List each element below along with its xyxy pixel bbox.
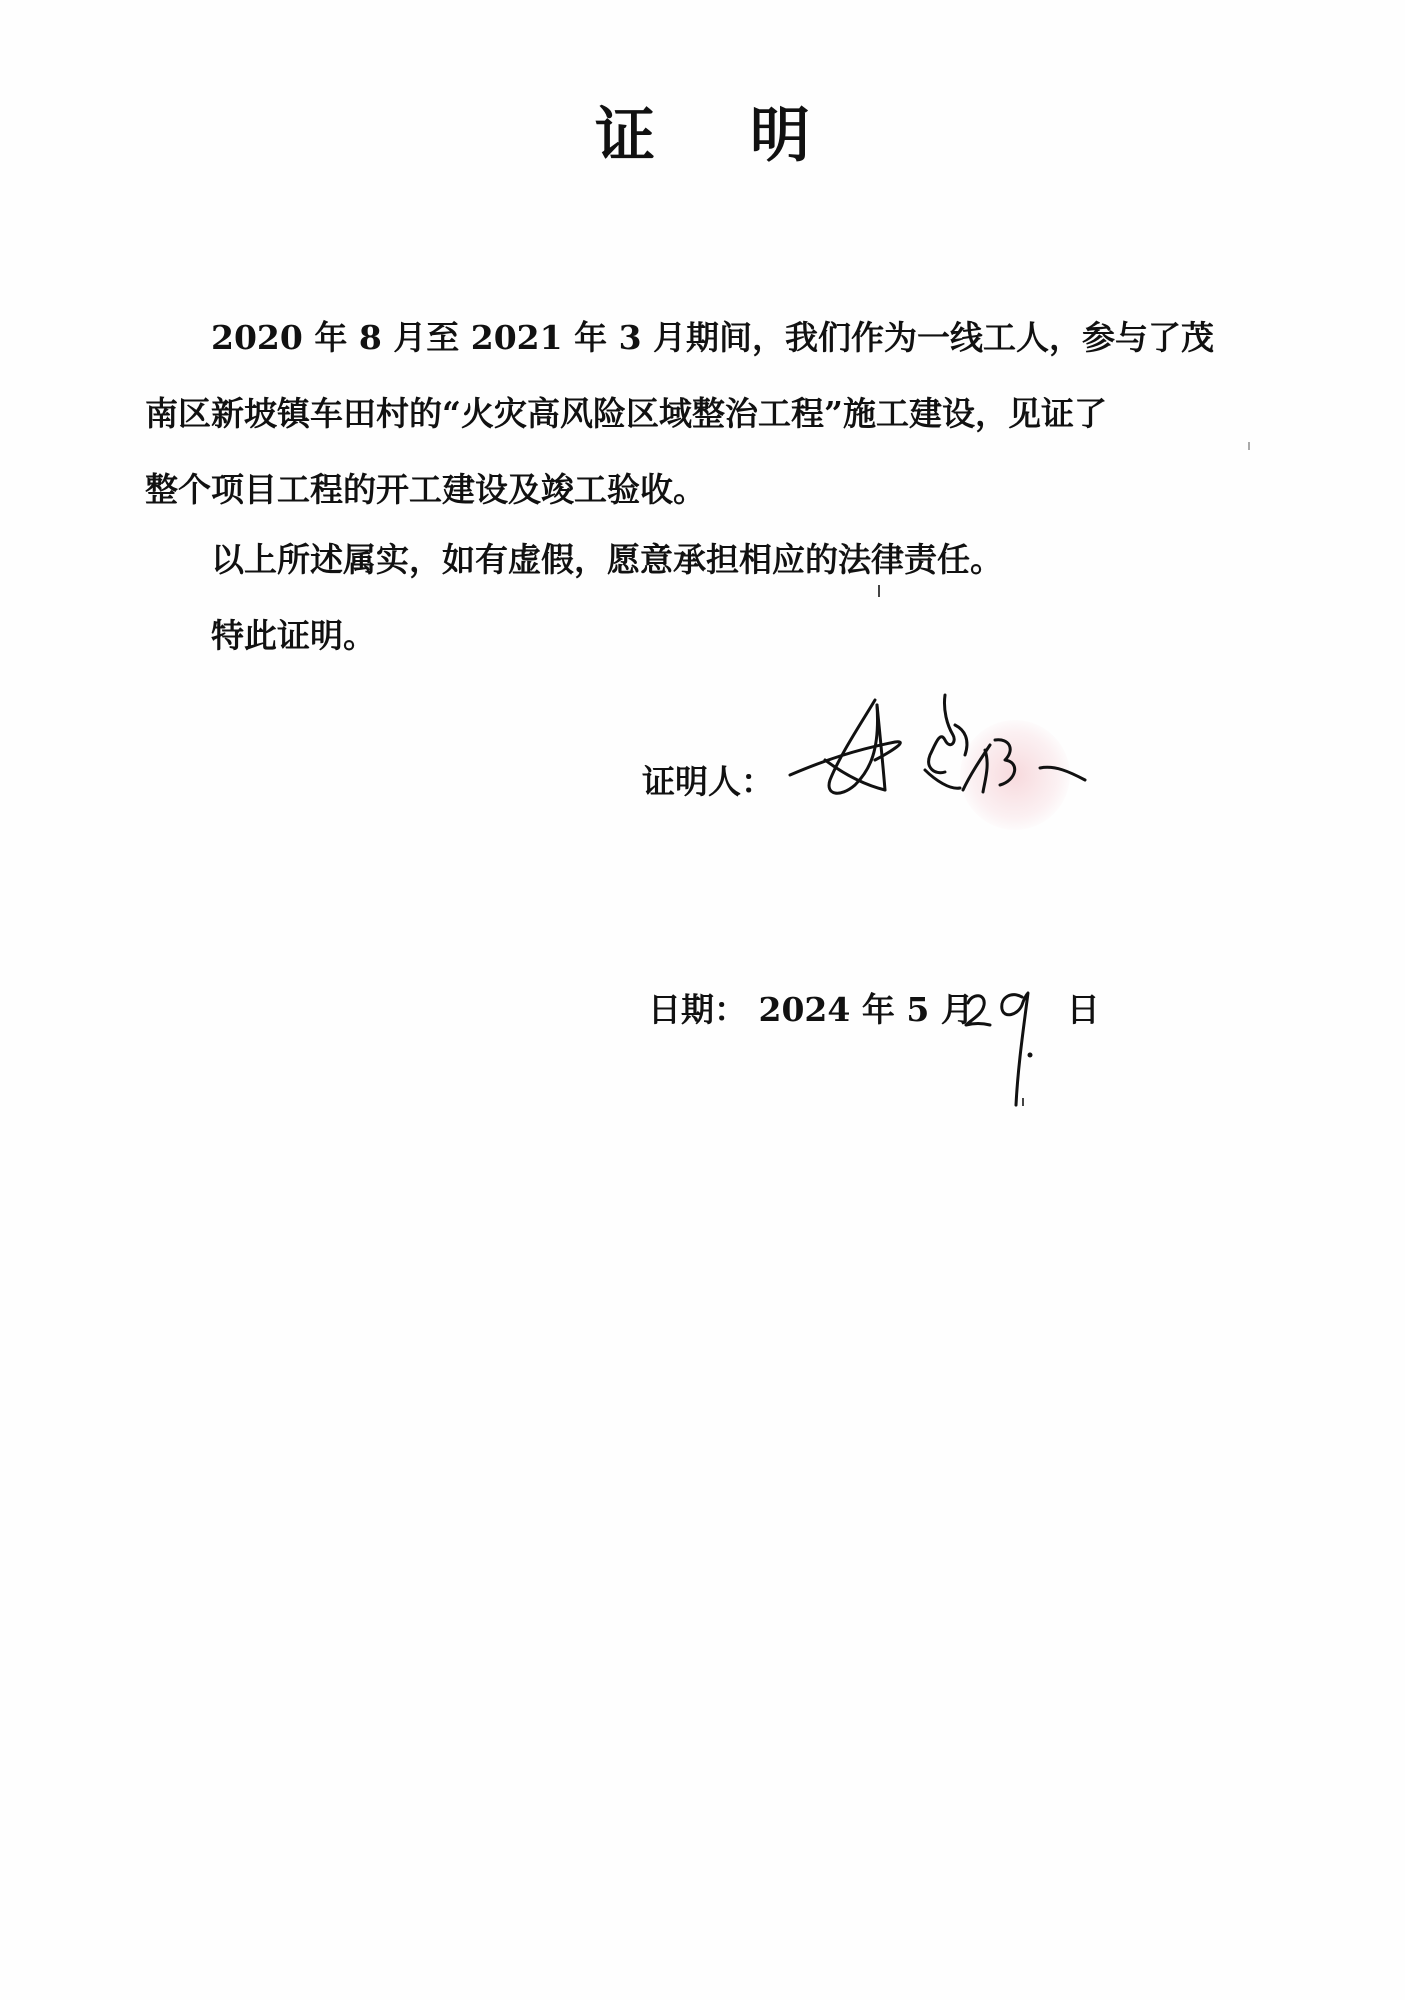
document-title: 证明 <box>0 88 1405 174</box>
paragraph-line: 2020 年 8 月至 2021 年 3 月期间，我们作为一线工人，参与了茂 <box>145 300 1305 376</box>
scan-artifact <box>1248 442 1250 450</box>
paragraph-line: 以上所述属实，如有虚假，愿意承担相应的法律责任。 <box>145 522 1305 598</box>
paragraph-line: 南区新坡镇车田村的“火灾高风险区域整治工程”施工建设，见证了 <box>145 376 1305 452</box>
handwritten-signature <box>785 680 1105 820</box>
scan-artifact <box>878 585 880 597</box>
handwritten-day <box>960 975 1060 1115</box>
document-page: 证明 2020 年 8 月至 2021 年 3 月期间，我们作为一线工人，参与了… <box>0 0 1405 2000</box>
title-char-1: 证 <box>595 88 655 174</box>
date-label: 日期： <box>648 990 747 1029</box>
paragraph-declaration: 以上所述属实，如有虚假，愿意承担相应的法律责任。 <box>145 522 1305 598</box>
paragraph-line: 整个项目工程的开工建设及竣工验收。 <box>145 452 1305 528</box>
date-printed: 2024 年 5 月 <box>759 990 974 1029</box>
signature-label: 证明人： <box>642 756 774 803</box>
paragraph-closing: 特此证明。 <box>145 598 1305 674</box>
paragraph-statement: 2020 年 8 月至 2021 年 3 月期间，我们作为一线工人，参与了茂 南… <box>145 300 1305 528</box>
date-suffix: 日 <box>1067 990 1100 1029</box>
scan-artifact <box>1022 1098 1024 1106</box>
paragraph-line: 特此证明。 <box>145 598 1305 674</box>
title-char-2: 明 <box>750 88 810 174</box>
